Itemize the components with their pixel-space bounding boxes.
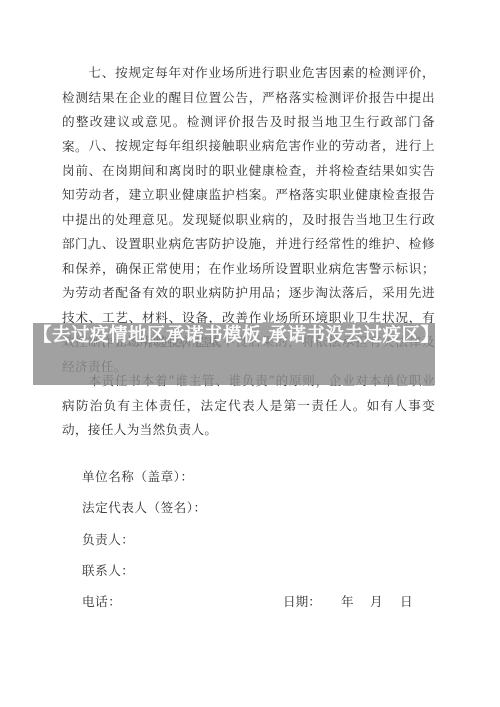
legal-rep-label: 法定代表人（签名）： xyxy=(82,497,207,516)
overlay-title: 【去过疫情地区承诺书模板,承诺书没去过疫区】 xyxy=(33,325,435,347)
date-year: 年 xyxy=(341,591,354,610)
person-in-charge-label: 负责人： xyxy=(82,529,134,548)
date-label: 日期： xyxy=(283,591,321,610)
date-month: 月 xyxy=(370,591,383,610)
date-day: 日 xyxy=(400,591,413,610)
contact-label: 联系人： xyxy=(82,560,134,579)
phone-label: 电话： xyxy=(82,591,121,610)
unit-name-label: 单位名称（盖章）： xyxy=(82,466,194,485)
